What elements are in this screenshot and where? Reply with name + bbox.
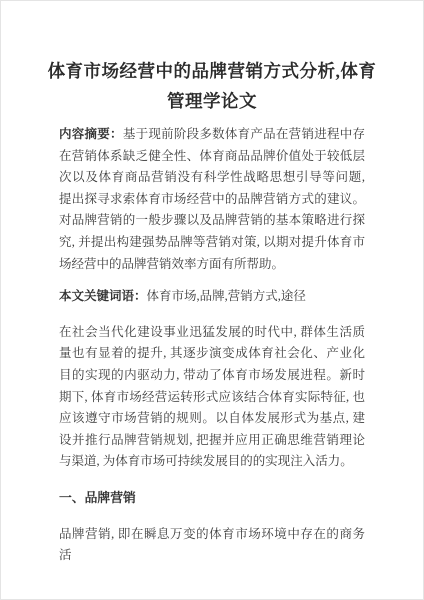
- article-page: 体育市场经营中的品牌营销方式分析,体育管理学论文 内容摘要：基于现前阶段多数体育…: [0, 0, 424, 600]
- abstract-label: 内容摘要：: [59, 127, 123, 141]
- keywords-line: 本文关键词语：体育市场,品牌,营销方式,途径: [59, 286, 365, 308]
- keywords-label: 本文关键词语：: [59, 289, 147, 303]
- abstract-paragraph: 内容摘要：基于现前阶段多数体育产品在营销进程中存在营销体系缺乏健全性、体育商品品…: [59, 124, 365, 275]
- article-title: 体育市场经营中的品牌营销方式分析,体育管理学论文: [46, 56, 378, 116]
- keywords-text: 体育市场,品牌,营销方式,途径: [147, 289, 306, 303]
- section-first-paragraph: 品牌营销, 即在瞬息万变的体育市场环境中存在的商务活: [59, 524, 365, 567]
- section-heading: 一、品牌营销: [59, 488, 365, 510]
- abstract-text: 基于现前阶段多数体育产品在营销进程中存在营销体系缺乏健全性、体育商品品牌价值处于…: [59, 127, 365, 271]
- intro-paragraph: 在社会当代化建设事业迅猛发展的时代中, 群体生活质量也有显着的提升, 其逐步演变…: [59, 322, 365, 473]
